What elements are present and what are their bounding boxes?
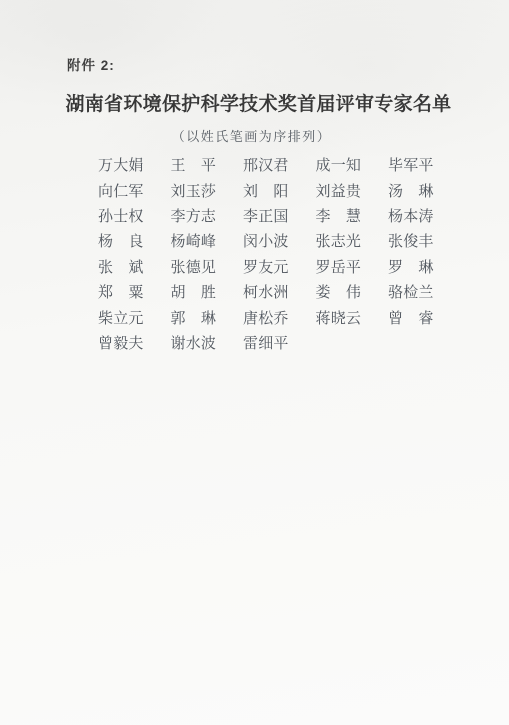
expert-name: 成一知	[316, 154, 389, 175]
expert-name: 刘 阳	[243, 180, 316, 201]
expert-name: 唐松乔	[243, 307, 316, 328]
expert-name: 雷细平	[243, 332, 316, 353]
name-row: 孙士权 李方志 李正国 李 慧 杨本涛	[98, 203, 461, 228]
expert-name: 邢汉君	[243, 154, 316, 175]
expert-name: 刘益贵	[316, 180, 389, 201]
expert-name: 杨 良	[98, 230, 171, 251]
name-row: 向仁军 刘玉莎 刘 阳 刘益贵 汤 琳	[98, 177, 461, 202]
expert-name: 刘玉莎	[171, 180, 244, 201]
expert-name: 曾毅夫	[98, 332, 171, 353]
expert-name: 张 斌	[98, 256, 171, 277]
page-title: 湖南省环境保护科学技术奖首届评审专家名单	[4, 89, 509, 116]
expert-name: 张德见	[171, 256, 244, 277]
expert-name: 郑 粟	[98, 281, 171, 302]
expert-name: 闵小波	[243, 230, 316, 251]
name-row: 杨 良 杨崎峰 闵小波 张志光 张俊丰	[98, 228, 461, 253]
expert-name: 孙士权	[98, 205, 171, 226]
expert-name: 杨本涛	[388, 205, 461, 226]
name-row: 万大娟 王 平 邢汉君 成一知 毕军平	[98, 152, 461, 177]
expert-name: 谢水波	[171, 332, 244, 353]
expert-name: 李正国	[243, 205, 316, 226]
expert-name: 郭 琳	[171, 307, 244, 328]
expert-name: 柴立元	[98, 307, 171, 328]
expert-name: 蒋晓云	[316, 307, 389, 328]
expert-name: 娄 伟	[316, 281, 389, 302]
expert-name: 罗友元	[243, 256, 316, 277]
name-row: 张 斌 张德见 罗友元 罗岳平 罗 琳	[98, 254, 461, 279]
expert-name: 杨崎峰	[171, 230, 244, 251]
name-row: 柴立元 郭 琳 唐松乔 蒋晓云 曾 睿	[98, 304, 461, 329]
name-row: 郑 粟 胡 胜 柯水洲 娄 伟 骆检兰	[98, 279, 461, 304]
expert-name: 柯水洲	[243, 281, 316, 302]
ordering-note: （以姓氏笔画为序排列）	[0, 126, 506, 145]
document-page: 附件 2: 湖南省环境保护科学技术奖首届评审专家名单 （以姓氏笔画为序排列） 万…	[0, 0, 509, 725]
expert-name: 罗岳平	[316, 256, 389, 277]
expert-name: 罗 琳	[388, 256, 461, 277]
expert-name-grid: 万大娟 王 平 邢汉君 成一知 毕军平 向仁军 刘玉莎 刘 阳 刘益贵 汤 琳 …	[98, 152, 461, 355]
expert-name: 张志光	[316, 230, 389, 251]
expert-name: 李方志	[171, 205, 244, 226]
attachment-label: 附件 2:	[67, 54, 115, 74]
expert-name: 向仁军	[98, 180, 171, 201]
expert-name: 张俊丰	[388, 230, 461, 251]
expert-name: 万大娟	[98, 154, 171, 175]
expert-name: 毕军平	[388, 154, 461, 175]
expert-name: 曾 睿	[388, 307, 461, 328]
expert-name: 汤 琳	[388, 180, 461, 201]
name-row: 曾毅夫 谢水波 雷细平	[98, 330, 461, 355]
expert-name: 骆检兰	[388, 281, 461, 302]
expert-name: 李 慧	[316, 205, 389, 226]
expert-name: 王 平	[171, 154, 244, 175]
expert-name: 胡 胜	[171, 281, 244, 302]
